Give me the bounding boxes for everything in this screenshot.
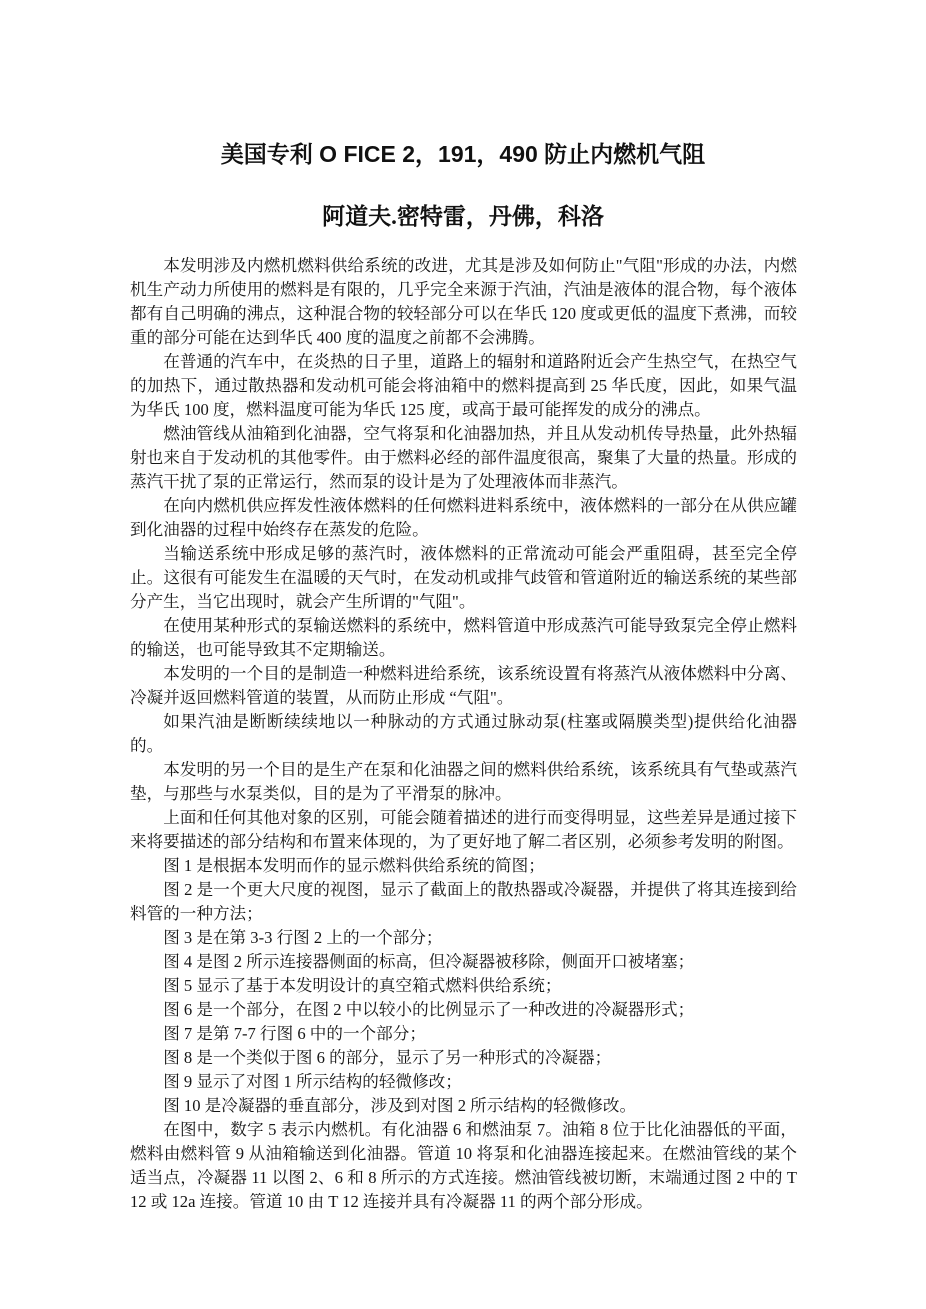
document-body: 本发明涉及内燃机燃料供给系统的改进，尤其是涉及如何防止"气阻"形成的办法，内燃机… — [130, 254, 797, 1214]
paragraph-hot-weather: 在普通的汽车中，在炎热的日子里，道路上的辐射和道路附近会产生热空气，在热空气的加… — [130, 350, 797, 422]
figure-caption-4: 图 4 是图 2 所示连接器侧面的标高，但冷凝器被移除，侧面开口被堵塞； — [130, 950, 797, 974]
document-author-line: 阿道夫.密特雷，丹佛，科洛 — [0, 201, 926, 233]
figure-caption-1: 图 1 是根据本发明而作的显示燃料供给系统的简图； — [130, 854, 797, 878]
paragraph-pump-system: 在使用某种形式的泵输送燃料的系统中，燃料管道中形成蒸汽可能导致泵完全停止燃料的输… — [130, 614, 797, 662]
paragraph-evaporation: 在向内燃机供应挥发性液体燃料的任何燃料进料系统中，液体燃料的一部分在从供应罐到化… — [130, 494, 797, 542]
paragraph-fuel-line: 燃油管线从油箱到化油器，空气将泵和化油器加热，并且从发动机传导热量，此外热辐射也… — [130, 422, 797, 494]
paragraph-intro: 本发明涉及内燃机燃料供给系统的改进，尤其是涉及如何防止"气阻"形成的办法，内燃机… — [130, 254, 797, 350]
figure-caption-8: 图 8 是一个类似于图 6 的部分，显示了另一种形式的冷凝器； — [130, 1046, 797, 1070]
paragraph-vapor-block: 当输送系统中形成足够的蒸汽时，液体燃料的正常流动可能会严重阻碍，甚至完全停止。这… — [130, 542, 797, 614]
paragraph-pulsing-pump: 如果汽油是断断续续地以一种脉动的方式通过脉动泵(柱塞或隔膜类型)提供给化油器的。 — [130, 710, 797, 758]
figure-caption-2: 图 2 是一个更大尺度的视图，显示了截面上的散热器或冷凝器，并提供了将其连接到给… — [130, 878, 797, 926]
paragraph-objective-2: 本发明的另一个目的是生产在泵和化油器之间的燃料供给系统，该系统具有气垫或蒸汽垫，… — [130, 758, 797, 806]
paragraph-differences: 上面和任何其他对象的区别，可能会随着描述的进行而变得明显，这些差异是通过接下来将… — [130, 806, 797, 854]
document-page: 美国专利 O FICE 2，191，490 防止内燃机气阻 阿道夫.密特雷，丹佛… — [0, 0, 926, 1309]
paragraph-objective-1: 本发明的一个目的是制造一种燃料进给系统，该系统设置有将蒸汽从液体燃料中分离、冷凝… — [130, 662, 797, 710]
figure-caption-7: 图 7 是第 7-7 行图 6 中的一个部分； — [130, 1022, 797, 1046]
figure-caption-10: 图 10 是冷凝器的垂直部分，涉及到对图 2 所示结构的轻微修改。 — [130, 1094, 797, 1118]
figure-caption-9: 图 9 显示了对图 1 所示结构的轻微修改； — [130, 1070, 797, 1094]
figure-caption-3: 图 3 是在第 3-3 行图 2 上的一个部分； — [130, 926, 797, 950]
figure-caption-5: 图 5 显示了基于本发明设计的真空箱式燃料供给系统； — [130, 974, 797, 998]
document-title: 美国专利 O FICE 2，191，490 防止内燃机气阻 — [0, 138, 926, 170]
paragraph-reference-numerals: 在图中，数字 5 表示内燃机。有化油器 6 和燃油泵 7。油箱 8 位于比化油器… — [130, 1118, 797, 1214]
figure-caption-6: 图 6 是一个部分，在图 2 中以较小的比例显示了一种改进的冷凝器形式； — [130, 998, 797, 1022]
